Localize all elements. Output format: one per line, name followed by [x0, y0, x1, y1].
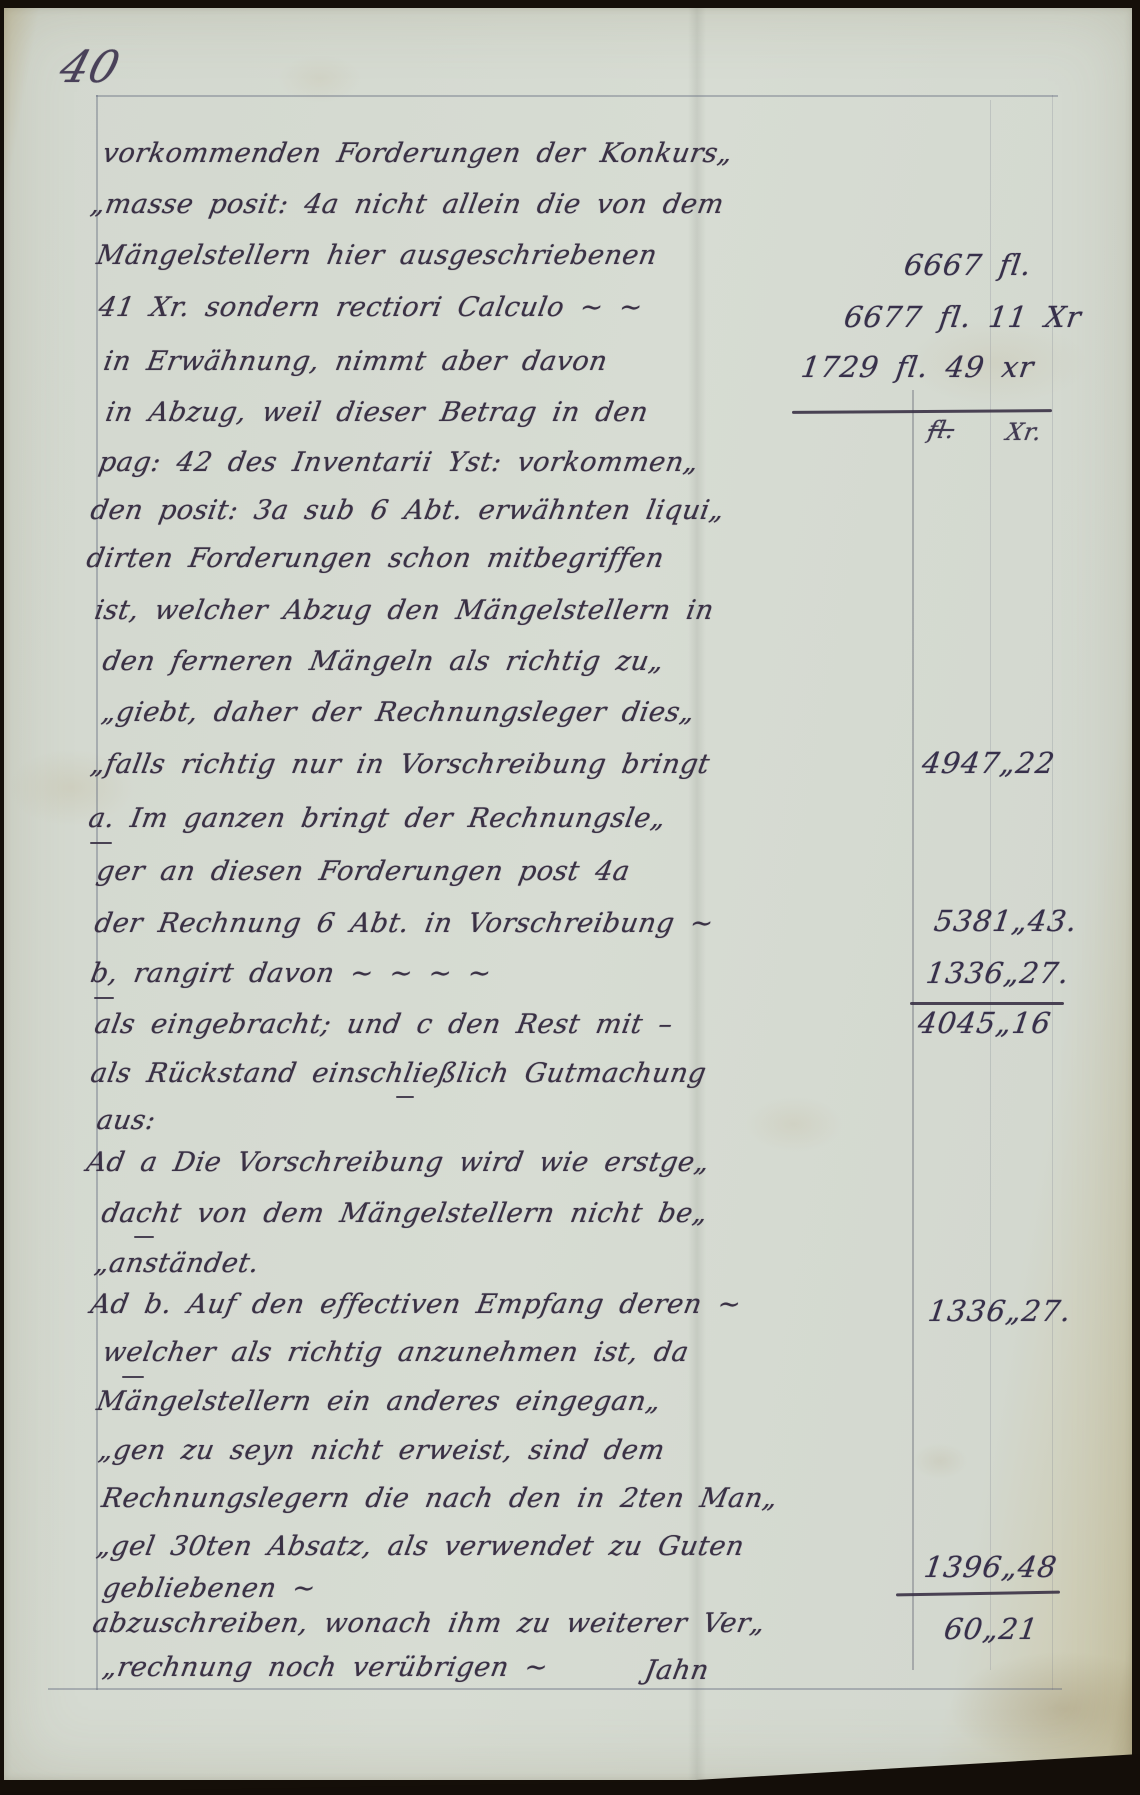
deduction-underline [792, 409, 1052, 414]
column-amount: 60„21 [942, 1612, 1041, 1646]
manuscript-page: 40 vorkommenden Forderungen der Konkurs„… [4, 8, 1132, 1780]
amount-deduction: 1729 fl. 49 xr [799, 350, 1037, 384]
manuscript-line: Ad a Die Vorschreibung wird wie erstge„ [84, 1146, 712, 1180]
column-amount: 4045„16 [916, 1006, 1054, 1040]
column-amount: 5381„43. [932, 904, 1080, 938]
manuscript-line: der Rechnung 6 Abt. in Vorschreibung ~ [92, 907, 716, 941]
ruled-frame-left [96, 95, 98, 1690]
manuscript-line: „anständet. [92, 1247, 262, 1281]
column-header-kr: Xr. [1004, 418, 1044, 446]
catchword: Jahn [642, 1654, 712, 1688]
ruled-frame-bottom [48, 1688, 1062, 1690]
manuscript-line: den ferneren Mängeln als richtig zu„ [100, 645, 666, 679]
manuscript-line: Ad b. Auf den effectiven Empfang deren ~ [88, 1288, 744, 1322]
amount-column-rule-middle [990, 100, 991, 1670]
manuscript-line: welcher als richtig anzunehmen ist, da [100, 1336, 692, 1370]
manuscript-line: dacht von dem Mängelstellern nicht be„ [99, 1197, 710, 1231]
manuscript-line: b, rangirt davon ~ ~ ~ ~ [88, 957, 494, 991]
manuscript-line: vorkommenden Forderungen der Konkurs„ [100, 137, 735, 171]
manuscript-line: als Rückstand einschließlich Gutmachung [88, 1057, 709, 1091]
manuscript-line: „gen zu seyn nicht erweist, sind dem [96, 1434, 667, 1468]
item-letter-underline [134, 1236, 154, 1238]
item-letter-underline [396, 1096, 414, 1098]
ruled-frame-right [1052, 95, 1053, 1690]
manuscript-line: „giebt, daher der Rechnungsleger dies„ [99, 696, 697, 730]
column-amount-underline [910, 1002, 1064, 1005]
manuscript-line: Mängelstellern ein anderes eingegan„ [94, 1385, 663, 1419]
column-amount: 1336„27. [924, 956, 1072, 990]
item-letter-underline [94, 997, 114, 999]
item-letter-underline [90, 842, 112, 844]
manuscript-line: „rechnung noch verübrigen ~ [100, 1651, 551, 1685]
manuscript-line: pag: 42 des Inventarii Yst: vorkommen„ [96, 446, 701, 480]
manuscript-line: als eingebracht; und c den Rest mit – [92, 1008, 676, 1042]
manuscript-line: abzuschreiben, wonach ihm zu weiterer Ve… [90, 1607, 768, 1641]
column-amount: 1336„27. [926, 1294, 1074, 1328]
manuscript-line: in Abzug, weil dieser Betrag in den [103, 396, 651, 430]
manuscript-line: Rechnungslegern die nach den in 2ten Man… [99, 1482, 780, 1516]
manuscript-line: ger an diesen Forderungen post 4a [94, 855, 633, 889]
manuscript-line: „masse posit: 4a nicht allein die von de… [88, 188, 727, 222]
column-amount-underline [896, 1591, 1060, 1597]
column-amount: 1396„48 [922, 1550, 1060, 1584]
ruled-frame-top [96, 95, 1058, 97]
manuscript-line: a. Im ganzen bringt der Rechnungsle„ [86, 802, 668, 836]
column-amount: 4947„22 [920, 746, 1058, 780]
amount-claimed: 6667 fl. [902, 248, 1034, 282]
manuscript-line: 41 Xr. sondern rectiori Calculo ~ ~ [96, 291, 645, 325]
manuscript-line: „falls richtig nur in Vorschreibung brin… [88, 748, 712, 782]
manuscript-line: dirten Forderungen schon mitbegriffen [84, 542, 667, 576]
column-header-fl: fl. [926, 416, 957, 444]
item-letter-underline [122, 1376, 144, 1378]
manuscript-line: den posit: 3a sub 6 Abt. erwähnten liqui… [88, 494, 727, 528]
photograph-background: 40 vorkommenden Forderungen der Konkurs„… [0, 0, 1140, 1795]
manuscript-line: Mängelstellern hier ausgeschriebenen [94, 239, 660, 273]
manuscript-line: „gel 30ten Absatz, als verwendet zu Gute… [94, 1530, 747, 1564]
manuscript-line: ist, welcher Abzug den Mängelstellern in [92, 594, 717, 628]
page-number: 40 [54, 42, 126, 93]
manuscript-line: in Erwähnung, nimmt aber davon [101, 345, 610, 379]
manuscript-line: aus: [94, 1104, 158, 1138]
amount-column-rule [912, 390, 914, 1670]
manuscript-line: gebliebenen ~ [100, 1572, 318, 1606]
amount-corrected: 6677 fl. 11 Xr [842, 300, 1084, 334]
